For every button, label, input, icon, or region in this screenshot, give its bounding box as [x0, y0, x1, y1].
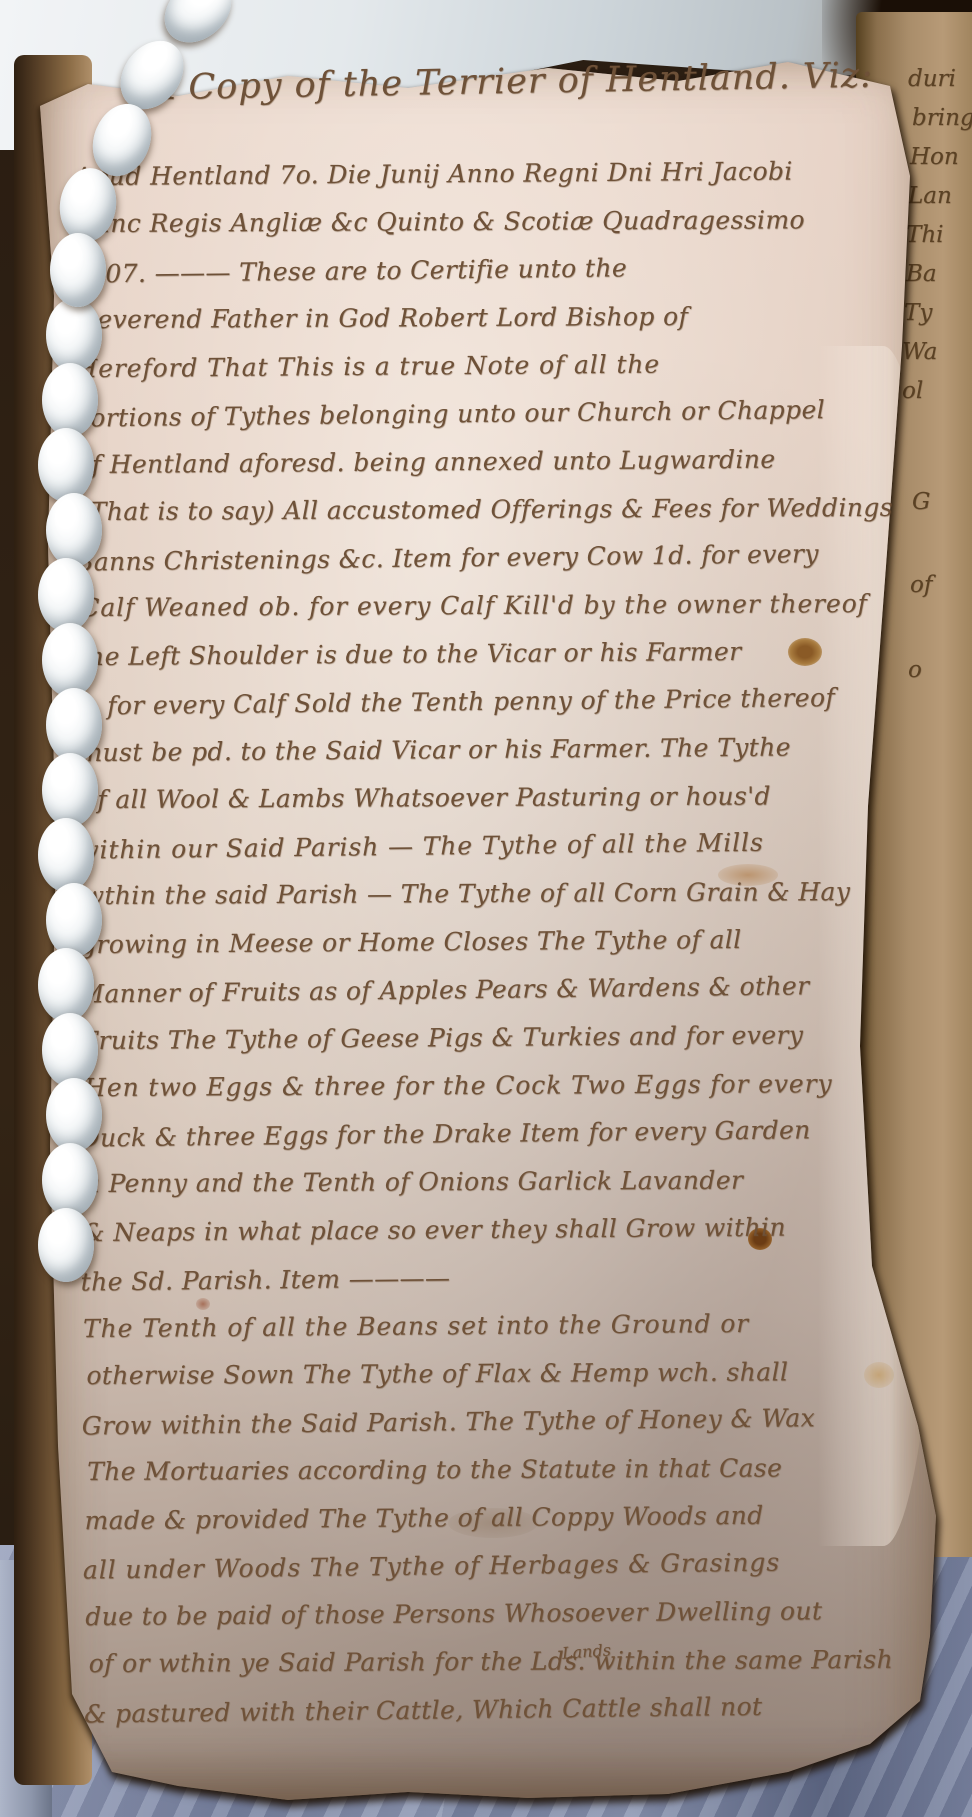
cord-bead [42, 623, 98, 697]
cord-bead [38, 558, 94, 632]
text-line: the Sd. Parish. Item ———— [80, 1249, 880, 1306]
text-line: wthin the said Parish — The Tythe of all… [83, 868, 883, 920]
text-line: growing in Meese or Home Closes The Tyth… [80, 915, 880, 969]
text-line: (That is to say) All accustomed Offering… [79, 484, 879, 536]
text-line: must be pd. to the Said Vicar or his Far… [78, 723, 878, 777]
text-line: Hereford That This is a true Note of all… [75, 339, 875, 393]
text-line: a Penny and the Tenth of Onions Garlick … [85, 1156, 885, 1208]
cord-bead [38, 948, 94, 1022]
cord-bead [46, 688, 102, 762]
text-line: due to be paid of those Persons Whosoeve… [85, 1587, 885, 1641]
text-line: Hen two Eggs & three for the Cock Two Eg… [84, 1060, 884, 1112]
cord-bead [50, 233, 106, 307]
text-line: made & provided The Tythe of all Coppy W… [84, 1491, 884, 1545]
text-line: nunc Regis Angliæ &c Quinto & Scotiæ Qua… [77, 196, 877, 248]
text-line: Calf Weaned ob. for every Calf Kill'd by… [80, 580, 880, 632]
white-beaded-cord [38, 0, 108, 1282]
text-line: Fruits The Tythe of Geese Pigs & Turkies… [81, 1011, 881, 1065]
cord-bead [38, 818, 94, 892]
text-line: all under Woods The Tythe of Herbages & … [83, 1537, 883, 1594]
text-line: of all Wool & Lambs Whatsoever Pasturing… [82, 772, 882, 824]
text-line: 1607. ——— These are to Certifie unto the [72, 242, 872, 299]
text-line: & for every Calf Sold the Tenth penny of… [76, 673, 876, 730]
text-line: The Mortuaries according to the Statute … [87, 1444, 887, 1496]
text-line: Manner of Fruits as of Apples Pears & Wa… [78, 961, 878, 1018]
manuscript-photo: duri bring Hon Lan Thi Ba Ty Wa ol G of … [0, 0, 972, 1817]
cord-bead [42, 1143, 98, 1217]
text-line: within our Said Parish — The Tythe of al… [77, 817, 877, 874]
cord-bead [42, 753, 98, 827]
cord-bead [42, 363, 98, 437]
cord-bead [46, 883, 102, 957]
text-line: of or wthin ye Said Parish for the Lds. … [89, 1636, 889, 1688]
text-line: & pastured with their Cattle, Which Catt… [84, 1681, 884, 1738]
cord-bead [38, 428, 94, 502]
superscript-lands-note: Lands [561, 1640, 611, 1662]
text-line: otherwise Sown The Tythe of Flax & Hemp … [86, 1348, 886, 1400]
cord-bead [38, 1208, 94, 1282]
cord-bead [46, 298, 102, 372]
cord-bead [46, 493, 102, 567]
text-line: of Hentland aforesd. being annexed unto … [76, 435, 876, 489]
text-line: Duck & three Eggs for the Drake Item for… [79, 1105, 879, 1162]
text-line: & Neaps in what place so ever they shall… [82, 1203, 882, 1257]
text-line: Apud Hentland 7o. Die Junij Anno Regni D… [74, 147, 874, 201]
text-line: the Left Shoulder is due to the Vicar or… [78, 627, 878, 681]
text-line: Banns Christenings &c. Item for every Co… [75, 529, 875, 586]
manuscript-text: Apud Hentland 7o. Die Junij Anno Regni D… [74, 147, 886, 1737]
cord-bead [42, 1013, 98, 1087]
text-line: portions of Tythes belonging unto our Ch… [74, 385, 874, 442]
text-line: Reverend Father in God Robert Lord Bisho… [78, 292, 878, 344]
text-line: Grow within the Said Parish. The Tythe o… [82, 1393, 882, 1450]
cord-bead [46, 1078, 102, 1152]
text-line: The Tenth of all the Beans set into the … [83, 1299, 883, 1353]
